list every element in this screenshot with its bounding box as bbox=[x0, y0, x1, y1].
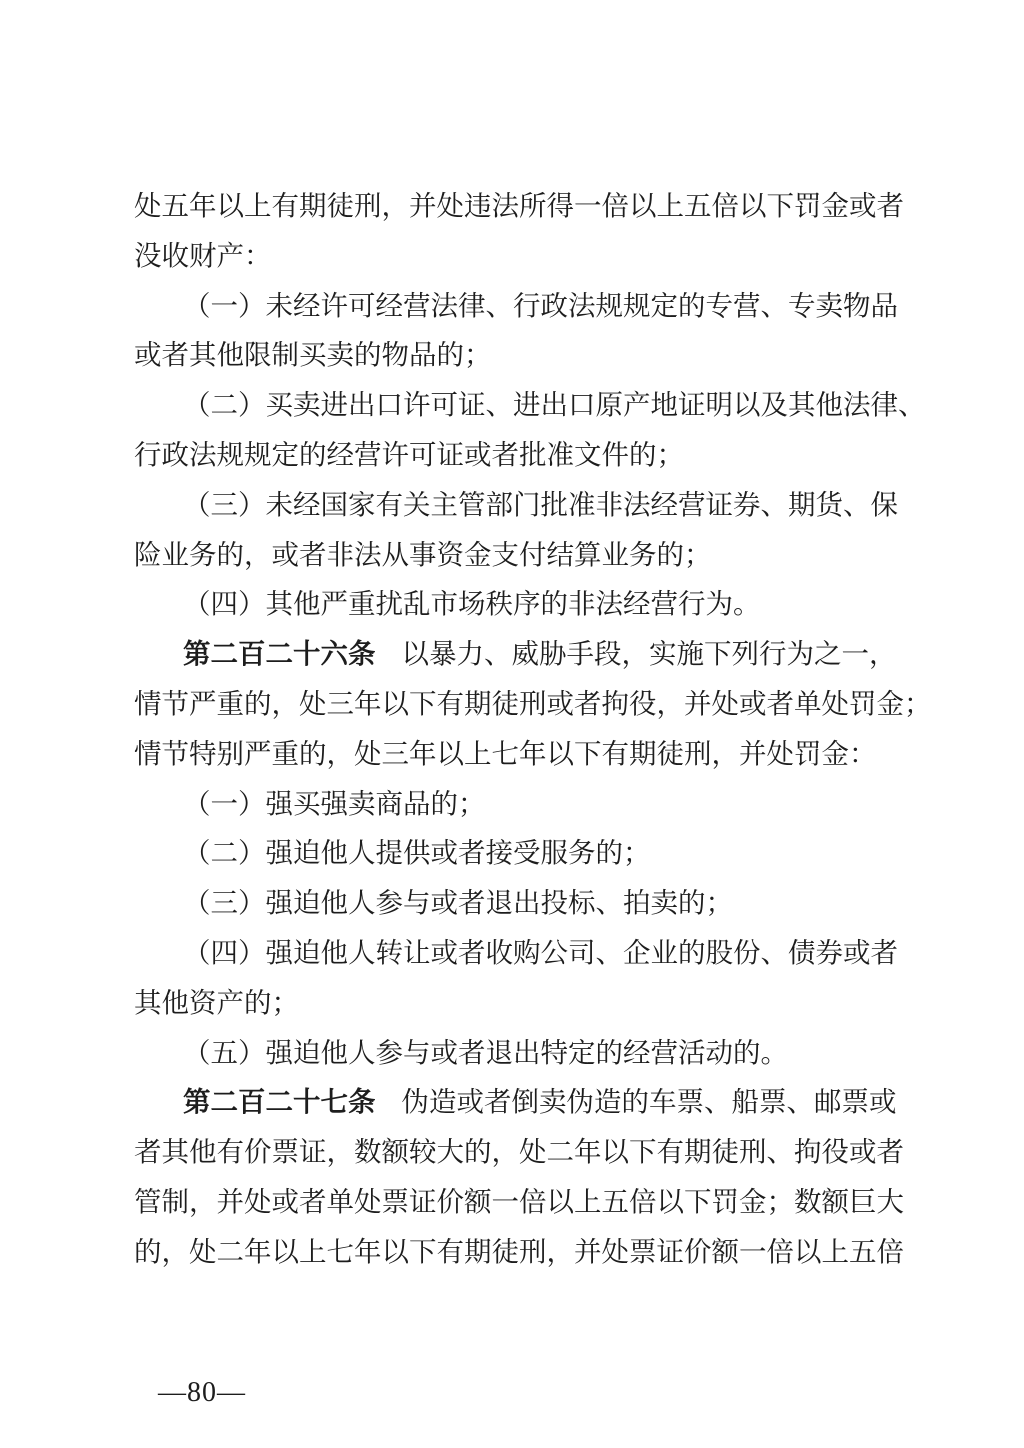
text-segment: （五）强迫他人参与或者退出特定的经营活动的。 bbox=[183, 1037, 788, 1068]
text-line: （一）强买强卖商品的； bbox=[134, 779, 924, 829]
text-segment: 以暴力、威胁手段，实施下列行为之一， bbox=[402, 638, 897, 669]
document-page: 处五年以上有期徒刑，并处违法所得一倍以上五倍以下罚金或者没收财产：（一）未经许可… bbox=[0, 0, 1024, 1448]
text-block: 处五年以上有期徒刑，并处违法所得一倍以上五倍以下罚金或者没收财产：（一）未经许可… bbox=[134, 181, 924, 1277]
text-segment: 没收财产： bbox=[134, 240, 272, 271]
text-line: 险业务的，或者非法从事资金支付结算业务的； bbox=[134, 530, 924, 580]
text-segment: （四）强迫他人转让或者收购公司、企业的股份、债券或者 bbox=[183, 937, 898, 968]
text-segment: 管制，并处或者单处票证价额一倍以上五倍以下罚金；数额巨大 bbox=[134, 1186, 904, 1217]
text-segment: （四）其他严重扰乱市场秩序的非法经营行为。 bbox=[183, 588, 761, 619]
text-segment: 者其他有价票证，数额较大的，处二年以下有期徒刑、拘役或者 bbox=[134, 1136, 904, 1167]
text-segment: 处五年以上有期徒刑，并处违法所得一倍以上五倍以下罚金或者 bbox=[134, 190, 904, 221]
text-line: （二）买卖进出口许可证、进出口原产地证明以及其他法律、 bbox=[134, 380, 924, 430]
text-segment: （二）买卖进出口许可证、进出口原产地证明以及其他法律、 bbox=[183, 389, 926, 420]
text-line: 者其他有价票证，数额较大的，处二年以下有期徒刑、拘役或者 bbox=[134, 1127, 924, 1177]
text-segment: （一）强买强卖商品的； bbox=[183, 788, 486, 819]
text-line: （四）其他严重扰乱市场秩序的非法经营行为。 bbox=[134, 579, 924, 629]
article-number: 第二百二十七条 bbox=[183, 1086, 376, 1117]
text-line: 行政法规规定的经营许可证或者批准文件的； bbox=[134, 430, 924, 480]
text-line: 或者其他限制买卖的物品的； bbox=[134, 330, 924, 380]
text-segment: 其他资产的； bbox=[134, 987, 299, 1018]
text-line: （五）强迫他人参与或者退出特定的经营活动的。 bbox=[134, 1028, 924, 1078]
text-line: 情节特别严重的，处三年以上七年以下有期徒刑，并处罚金： bbox=[134, 729, 924, 779]
text-line: 情节严重的，处三年以下有期徒刑或者拘役，并处或者单处罚金； bbox=[134, 679, 924, 729]
text-segment: 情节特别严重的，处三年以上七年以下有期徒刑，并处罚金： bbox=[134, 738, 877, 769]
text-segment: 情节严重的，处三年以下有期徒刑或者拘役，并处或者单处罚金； bbox=[134, 688, 932, 719]
text-line: 的，处二年以上七年以下有期徒刑，并处票证价额一倍以上五倍 bbox=[134, 1227, 924, 1277]
text-segment: 或者其他限制买卖的物品的； bbox=[134, 339, 492, 370]
text-line: （三）强迫他人参与或者退出投标、拍卖的； bbox=[134, 878, 924, 928]
text-line: 没收财产： bbox=[134, 231, 924, 281]
text-segment: （三）未经国家有关主管部门批准非法经营证券、期货、保 bbox=[183, 489, 898, 520]
text-segment: 伪造或者倒卖伪造的车票、船票、邮票或 bbox=[402, 1086, 897, 1117]
text-line: 管制，并处或者单处票证价额一倍以上五倍以下罚金；数额巨大 bbox=[134, 1177, 924, 1227]
text-segment: （一）未经许可经营法律、行政法规规定的专营、专卖物品 bbox=[183, 290, 898, 321]
text-segment: 行政法规规定的经营许可证或者批准文件的； bbox=[134, 439, 684, 470]
text-segment: 险业务的，或者非法从事资金支付结算业务的； bbox=[134, 539, 712, 570]
text-line: 其他资产的； bbox=[134, 978, 924, 1028]
text-line: 第二百二十六条以暴力、威胁手段，实施下列行为之一， bbox=[134, 629, 924, 679]
text-line: 第二百二十七条伪造或者倒卖伪造的车票、船票、邮票或 bbox=[134, 1077, 924, 1127]
text-line: （二）强迫他人提供或者接受服务的； bbox=[134, 828, 924, 878]
text-line: （一）未经许可经营法律、行政法规规定的专营、专卖物品 bbox=[134, 281, 924, 331]
text-line: （四）强迫他人转让或者收购公司、企业的股份、债券或者 bbox=[134, 928, 924, 978]
page-number: —80— bbox=[158, 1376, 246, 1410]
text-segment: （二）强迫他人提供或者接受服务的； bbox=[183, 837, 651, 868]
article-number: 第二百二十六条 bbox=[183, 638, 376, 669]
text-line: 处五年以上有期徒刑，并处违法所得一倍以上五倍以下罚金或者 bbox=[134, 181, 924, 231]
text-segment: 的，处二年以上七年以下有期徒刑，并处票证价额一倍以上五倍 bbox=[134, 1236, 904, 1267]
text-line: （三）未经国家有关主管部门批准非法经营证券、期货、保 bbox=[134, 480, 924, 530]
text-segment: （三）强迫他人参与或者退出投标、拍卖的； bbox=[183, 887, 733, 918]
